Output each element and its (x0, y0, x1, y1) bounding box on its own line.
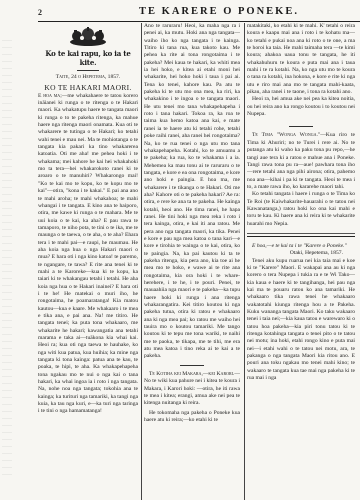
dateline: Taite, 24 o Hepetema, 1857. (38, 74, 138, 81)
column-3: matakitaki, ko etahi ki te mahi. K' teta… (247, 23, 355, 500)
letter-body: Tenei aku kupu ruarua nei kia taia mai e… (247, 258, 355, 383)
news-item-title: Te Tima "Wonga Wonga." (252, 132, 320, 138)
news-item-paragraph: Ko tetahi tangata i haere i runga o te T… (247, 191, 355, 228)
page-header: 2 TE KARERE O PONEKE. (38, 6, 360, 22)
page-number: 2 (38, 8, 42, 17)
news-item-paragraph: He tokomaha nga pakeha o Poneke kua haer… (144, 410, 240, 425)
divider (77, 70, 99, 71)
column-divider (244, 23, 245, 500)
letter-salutation: E hoa,—e te kai ta i te "Karere o Poneke… (247, 243, 355, 250)
divider (289, 126, 313, 127)
column-1: Ko te kai rapu, ko ia te kite. Taite, 24… (38, 23, 138, 500)
article-headline: KO TE HAKARI MAORI. (38, 84, 138, 91)
divider (180, 365, 204, 366)
news-item-steamer: Te Tima "Wonga Wonga."—Kua riro te Tima … (247, 132, 355, 191)
article-body: E hoa ma;—me whakahaere te tatou korero … (38, 93, 138, 416)
news-item-paragraph: Heoi ra, hei amua ake nei pea ka kitea n… (247, 96, 355, 118)
column-2: Ano te raruraru! Heoi, ka maha nga ra i … (144, 23, 240, 500)
news-item-continued: matakitaki, ko etahi ki te mahi. K' teta… (247, 23, 355, 96)
article-continued: Ano te raruraru! Heoi, ka maha nga ra i … (144, 23, 240, 361)
letter-place-date: Otaki, Hepetema, 1857. (247, 250, 355, 257)
article-text: ;—me whakahaere te tatou korero ināianei… (38, 93, 138, 415)
column-divider (141, 23, 142, 500)
header-rule (38, 21, 360, 22)
crest-icon (68, 27, 108, 47)
double-divider (247, 233, 355, 237)
facing-page-bleed (2, 40, 12, 480)
lead-in: E hoa ma (38, 93, 60, 99)
motto: Ko te kai rapu, ko ia te kite. (38, 49, 138, 67)
masthead-title: TE KARERE O PONEKE. (78, 6, 360, 17)
newspaper-page: 2 TE KARERE O PONEKE. Ko te kai rapu, ko… (0, 0, 360, 500)
news-item-title: Te Kotiha kei Makara,—kei Karori. (149, 371, 234, 377)
news-item-text: —Kua riro te Tima ki Ahuriri; no te Ture… (247, 132, 355, 189)
news-item-gold: Te Kotiha kei Makara,—kei Karori.—No te … (144, 371, 240, 408)
